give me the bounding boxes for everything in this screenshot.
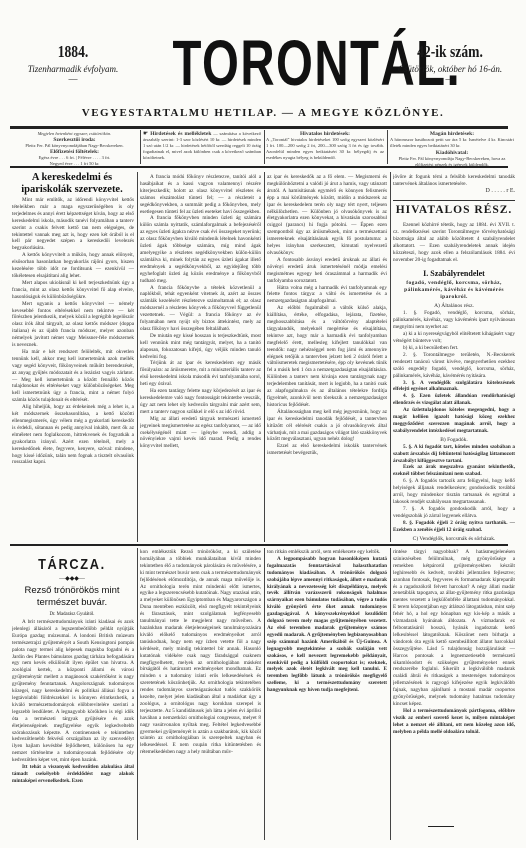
subsection-heading: B) Fogadók.: [393, 437, 515, 444]
paragraph: Mert ugyanis a kettős könyvvitel — némel…: [12, 301, 134, 349]
paragraph: Az üzlettulajdonos köteles megengedni, h…: [393, 407, 515, 435]
tarcza-rule: [10, 544, 508, 546]
paragraph: Ezek az árak megszabva gyanánt tekinthet…: [393, 464, 515, 478]
section-rule: [393, 200, 515, 201]
info-rule: [10, 166, 508, 168]
dash-divider: —: [18, 74, 128, 84]
paragraph: Mint már említők, az időrendi könyvvitel…: [12, 197, 134, 252]
paragraph: kon emlékeztük Rezső trónörököst, a ki s…: [140, 549, 261, 756]
subscription-box: Megjelen hetenként egyszer, csütörtökön.…: [12, 131, 137, 167]
ads-box: ☛ Hirdetések és mellékletek — számítása …: [143, 131, 261, 161]
subsection-heading: A) Általános rész.: [393, 303, 515, 310]
paragraph: az ipar és kereskedők az a fő elem. — Me…: [267, 174, 387, 257]
masthead-left: 1884. Tizenharmadik évfolyam. —: [18, 42, 128, 84]
paragraph: A francia módú főkönyv részletezve, taní…: [140, 174, 261, 215]
paragraph: 6. §. A fogadós tartozik arra felügyelni…: [393, 478, 515, 506]
paragraph: Itt tehát a viszonyok kedvezőtlen alakul…: [12, 764, 134, 785]
tarcza-author: Dr. Madarász Gyulától.: [10, 611, 134, 618]
paragraph: 2. §. Torontálmegye területén, N.-Becske…: [393, 352, 515, 380]
official-section-body: Ezennel közhírré tétetik, hogy az 1884. …: [393, 222, 515, 542]
paragraph: Térjünk át az ipar és kereskedelem egy m…: [140, 360, 261, 388]
paragraph: Ezzel az első kereskedelmi iskolák tante…: [267, 443, 387, 457]
masthead: 1884. Tizenharmadik évfolyam. — TORONTÁL…: [0, 30, 526, 120]
paragraph: Ha ezen tantárgy felette nagy körjedezés…: [140, 388, 261, 416]
paragraph: 4. §. Ezen üzletek állandóan rendőrhatós…: [393, 393, 515, 407]
issue-date: Csütörtök, október hó 16-án.: [380, 64, 520, 74]
paragraph: A fontosabb ásványi eredetű áruknak az á…: [267, 257, 387, 285]
newspaper-subtitle: VEGYESTARTALMU HETILAP. — A MEGYE KÖZLÖN…: [0, 107, 526, 119]
regulation-title: I. Szabályrendelet: [393, 268, 515, 280]
paragraph: 3. §. A vendéglők szolgálatára kötelezés…: [393, 380, 515, 394]
article-column-3: az ipar és kereskedők az a fő elem. — Me…: [267, 174, 387, 542]
regulation-subtitle: fogadó, vendéglő, korcsma, sörház, pálin…: [393, 280, 515, 301]
masthead-right: 42-ik szám. Csütörtök, október hó 16-án.…: [380, 42, 520, 84]
tarcza-column-1: A brit természettudományok iránti kiadás…: [12, 619, 134, 839]
paragraph: A brit természettudományok iránti kiadás…: [12, 619, 134, 764]
article-column-2: A francia módú főkönyv részletezve, taní…: [140, 174, 261, 542]
column-divider: [137, 548, 138, 840]
paragraph: Ha már e két rendszert felölelték, mit o…: [12, 349, 134, 404]
tarcza-headline: Rezső trónörökös mint természet buvár.: [10, 585, 134, 609]
tarcza-column-2: kon emlékeztük Rezső trónörököst, a ki s…: [140, 549, 261, 839]
article-column-1: Mint már említők, az időrendi könyvvitel…: [12, 197, 134, 542]
column-divider: [137, 172, 138, 542]
paragraph: Hol a természettudományok pártfogoma, el…: [393, 708, 515, 736]
private-ads-box: Magán hirdetések: A háromszor hasábozott…: [390, 131, 514, 168]
column-divider: [264, 172, 265, 542]
ornament-divider: —◆◆◆—: [55, 576, 89, 582]
paragraph: De miután egy kissé hosszan is terjeszke…: [140, 333, 261, 361]
paragraph: 8. §. Fogadók éjjeli 2 óráig nyitva tart…: [393, 520, 515, 534]
paragraph: Általánosságban meg kell még jegyeznünk,…: [267, 409, 387, 444]
paragraph: a) ki a ki nyereségvágyból elitéltetett …: [393, 331, 515, 345]
column-divider: [390, 548, 391, 840]
paragraph: b) ki, a ki becsületben fert.: [393, 345, 515, 352]
article-headline: A kereskedelmi és ipariskolák szervezete…: [10, 172, 134, 196]
newspaper-page: 1884. Tizenharmadik évfolyam. — TORONTÁL…: [0, 0, 526, 848]
column-divider: [387, 130, 388, 164]
paragraph: Az előbbi fogalmából a váltók külső alak…: [267, 305, 387, 409]
end-rule: [428, 826, 454, 827]
paragraph: 7. §. A fogadós gondoskodik arról, hogy …: [393, 506, 515, 520]
column-divider: [264, 130, 265, 164]
official-text: A „Torontál" hivatalos hirdetéseket 100 …: [266, 137, 384, 161]
paragraph: Alig hiheljük, hogy az érdekeinek még a …: [12, 404, 134, 466]
newspaper-title: TORONTÁL.: [173, 28, 358, 98]
paragraph: ton ritkán emlékszik arról, sem emlékeze…: [267, 549, 387, 556]
column-divider: [390, 172, 391, 542]
paragraph: Ezennel közhírré tétetik, hogy az 1884. …: [393, 222, 515, 263]
paragraph: A legpompásabb hogyan hasonlóképen kutat…: [267, 556, 387, 694]
subsection-heading: C) Vendéglők, korcsmák és sörházak.: [393, 536, 515, 542]
official-section-title: HIVATALOS RÉSZ.: [393, 204, 515, 216]
column-divider: [264, 548, 265, 840]
issue-number: 42-ik szám.: [394, 42, 506, 62]
author-signature: D . . . . . r E.: [393, 188, 515, 192]
dash-divider: —: [380, 74, 520, 84]
paragraph: Míg az állati eredetű tárgyak természeti…: [140, 416, 261, 451]
year: 1884.: [29, 42, 117, 62]
tarcza-column-3: ton ritkán emlékszik arról, sem emlékeze…: [267, 549, 387, 839]
article-column-4-end: jövőre át fogunk térni a felsőbb kereske…: [393, 174, 515, 192]
paragraph: 1. §. Fogadó, vendéglő, korcsma, sörház,…: [393, 310, 515, 331]
volume: Tizenharmadik évfolyam.: [18, 64, 128, 74]
paragraph: A francia főkönyvben minden üzleti ág sz…: [140, 215, 261, 284]
tarcza-column-4: rintése tárgyi nagyobbak? A hatásmegjele…: [393, 549, 515, 821]
private-text: A háromszor hasábozott petit sor ára 5 k…: [390, 137, 514, 149]
masthead-rule: [10, 126, 508, 129]
column-divider: [140, 130, 141, 164]
paragraph: rintése tárgyi nagyobbak? A hatásmegjele…: [393, 549, 515, 708]
official-notices-box: Hivatalos hirdetések: A „Torontál" hivat…: [266, 131, 384, 161]
paragraph: A kettős könyvvitelt a műkön, hogy annak…: [12, 252, 134, 280]
paragraph: Mert alapos ukiolásnál ki kell terjeszke…: [12, 280, 134, 301]
paragraph: Hátra volna még a harmadik évi tanfolyam…: [267, 285, 387, 306]
paragraph: 5. §. A ki fogadót tart, köteles minden …: [393, 444, 515, 465]
tarcza-title: TÁRCZA.: [19, 556, 124, 573]
paragraph: A francia főkönyvbe a tételek közvetlenü…: [140, 285, 261, 333]
paragraph: jövőre át fogunk térni a felsőbb kereske…: [393, 174, 515, 188]
